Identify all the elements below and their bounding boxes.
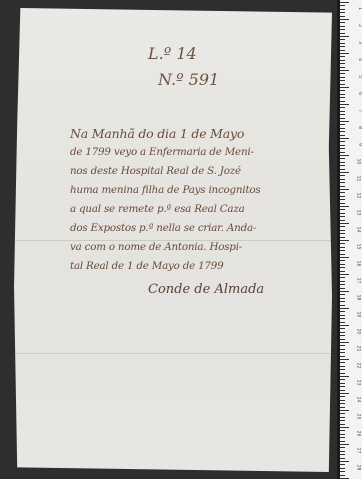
ruler-tick bbox=[340, 114, 345, 115]
ruler-tick bbox=[340, 67, 345, 68]
ruler-tick bbox=[340, 189, 349, 190]
ruler-tick bbox=[340, 22, 345, 23]
ruler-tick bbox=[340, 441, 345, 442]
ruler-tick bbox=[340, 291, 349, 292]
ruler-tick bbox=[340, 471, 345, 472]
ruler-tick bbox=[340, 257, 349, 258]
ruler-tick bbox=[340, 393, 349, 394]
ruler-label: 18 bbox=[356, 295, 361, 301]
text-line: de 1799 veyo a Enfermaria de Meni- bbox=[70, 143, 320, 162]
ruler-label: 17 bbox=[356, 278, 361, 284]
ruler-label: 12 bbox=[356, 193, 361, 199]
ruler-label: 27 bbox=[356, 448, 361, 454]
ruler-tick bbox=[340, 315, 345, 316]
ruler-tick bbox=[340, 203, 345, 204]
ruler-tick bbox=[340, 342, 349, 343]
ruler-label: 4 bbox=[357, 58, 362, 61]
ruler-tick bbox=[340, 199, 345, 200]
ruler-tick bbox=[340, 407, 345, 408]
ruler-tick bbox=[340, 328, 345, 329]
ruler-tick bbox=[340, 43, 345, 44]
ruler-tick bbox=[340, 87, 349, 88]
ruler-tick bbox=[340, 60, 345, 61]
ruler-tick bbox=[340, 206, 349, 207]
ruler-tick bbox=[340, 362, 345, 363]
ruler-tick bbox=[340, 386, 345, 387]
ruler-tick bbox=[340, 373, 345, 374]
ruler-tick bbox=[340, 97, 345, 98]
ruler-tick bbox=[340, 179, 345, 180]
ruler-label: 16 bbox=[356, 261, 361, 267]
ruler-tick bbox=[340, 301, 345, 302]
ruler-tick bbox=[340, 50, 345, 51]
ruler-tick bbox=[340, 33, 345, 34]
ruler-label: 20 bbox=[356, 329, 361, 335]
ruler-tick bbox=[340, 250, 345, 251]
text-line: huma menina filha de Pays incognitos bbox=[70, 181, 320, 200]
ruler-tick bbox=[340, 369, 345, 370]
ruler-tick bbox=[340, 39, 345, 40]
ruler-tick bbox=[340, 145, 345, 146]
ruler-tick bbox=[340, 281, 345, 282]
ruler-tick bbox=[340, 420, 345, 421]
ruler-tick bbox=[340, 451, 345, 452]
ruler-tick bbox=[340, 121, 349, 122]
ruler-tick bbox=[340, 220, 345, 221]
ruler-label: 7 bbox=[357, 109, 362, 112]
ruler-tick bbox=[340, 325, 349, 326]
ruler-tick bbox=[340, 243, 345, 244]
ruler-tick bbox=[340, 444, 349, 445]
ruler-tick bbox=[340, 410, 349, 411]
ruler-label: 3 bbox=[357, 41, 362, 44]
fold-line bbox=[14, 353, 332, 354]
ruler-tick bbox=[340, 260, 345, 261]
ruler-label: 21 bbox=[356, 346, 361, 352]
ruler-tick bbox=[340, 226, 345, 227]
ruler-tick bbox=[340, 111, 345, 112]
ruler-tick bbox=[340, 165, 345, 166]
ruler-tick bbox=[340, 237, 345, 238]
ruler-label: 28 bbox=[356, 465, 361, 471]
ruler-label: 15 bbox=[356, 244, 361, 250]
ruler-tick bbox=[340, 36, 349, 37]
ruler-tick bbox=[340, 118, 345, 119]
ruler-tick bbox=[340, 182, 345, 183]
ruler-tick bbox=[340, 240, 349, 241]
text-line: a qual se remete p.ª esa Real Caza bbox=[70, 200, 320, 219]
ruler-tick bbox=[340, 417, 345, 418]
ruler-tick bbox=[340, 9, 345, 10]
ruler-tick bbox=[340, 454, 345, 455]
ruler-tick bbox=[340, 294, 345, 295]
ruler-tick bbox=[340, 148, 345, 149]
ruler-tick bbox=[340, 464, 345, 465]
ruler-tick bbox=[340, 437, 345, 438]
ruler-tick bbox=[340, 271, 345, 272]
ruler-tick bbox=[340, 158, 345, 159]
ruler-label: 5 bbox=[357, 75, 362, 78]
ruler-tick bbox=[340, 169, 345, 170]
ruler-tick bbox=[340, 396, 345, 397]
ruler-tick bbox=[340, 138, 349, 139]
ruler-tick bbox=[340, 16, 345, 17]
ruler-label: 19 bbox=[356, 312, 361, 318]
ruler-label: 25 bbox=[356, 414, 361, 420]
ruler-tick bbox=[340, 107, 345, 108]
ruler-tick bbox=[340, 12, 345, 13]
ruler-tick bbox=[340, 284, 345, 285]
ruler-tick bbox=[340, 155, 349, 156]
ruler-label: 22 bbox=[356, 363, 361, 369]
ruler-tick bbox=[340, 152, 345, 153]
ruler-tick bbox=[340, 128, 345, 129]
ruler-tick bbox=[340, 196, 345, 197]
text-line: Na Manhã do dia 1 de Mayo bbox=[70, 124, 320, 143]
ruler-label: 10 bbox=[356, 159, 361, 165]
ruler-tick bbox=[340, 80, 345, 81]
ruler-tick bbox=[340, 356, 345, 357]
ruler-tick bbox=[340, 53, 349, 54]
archive-reference-number: N.º 591 bbox=[158, 70, 219, 89]
ruler-tick bbox=[340, 141, 345, 142]
signature: Conde de Almada bbox=[148, 282, 264, 297]
ruler-tick bbox=[340, 124, 345, 125]
ruler-label: 1 bbox=[357, 7, 362, 10]
ruler-tick bbox=[340, 46, 345, 47]
ruler-tick bbox=[340, 254, 345, 255]
ruler-label: 13 bbox=[356, 210, 361, 216]
ruler-tick bbox=[340, 305, 345, 306]
ruler-label: 23 bbox=[356, 380, 361, 386]
ruler-tick bbox=[340, 209, 345, 210]
ruler-tick bbox=[340, 230, 345, 231]
ruler-tick bbox=[340, 359, 349, 360]
ruler-tick bbox=[340, 461, 349, 462]
ruler-label: 8 bbox=[357, 126, 362, 129]
ruler-tick bbox=[340, 77, 345, 78]
ruler-tick bbox=[340, 288, 345, 289]
ruler-tick bbox=[340, 308, 349, 309]
ruler-tick bbox=[340, 311, 345, 312]
ruler-tick bbox=[340, 247, 345, 248]
ruler-tick bbox=[340, 101, 345, 102]
ruler-tick bbox=[340, 223, 349, 224]
ruler-label: 2 bbox=[357, 24, 362, 27]
ruler-tick bbox=[340, 352, 345, 353]
ruler-tick bbox=[340, 73, 345, 74]
text-line: tal Real de 1 de Mayo de 1799 bbox=[70, 257, 320, 276]
ruler-label: 14 bbox=[356, 227, 361, 233]
ruler-tick bbox=[340, 274, 349, 275]
text-line: dos Expostos p.ª nella se criar. Anda- bbox=[70, 219, 320, 238]
ruler-tick bbox=[340, 162, 345, 163]
ruler-tick bbox=[340, 29, 345, 30]
ruler-label: 9 bbox=[357, 143, 362, 146]
ruler-tick bbox=[340, 468, 345, 469]
ruler-tick bbox=[340, 172, 349, 173]
ruler-label: 24 bbox=[356, 397, 361, 403]
ruler-tick bbox=[340, 277, 345, 278]
ruler-tick bbox=[340, 5, 345, 6]
ruler-tick bbox=[340, 2, 349, 3]
ruler-tick bbox=[340, 213, 345, 214]
ruler-tick bbox=[340, 135, 345, 136]
ruler-tick bbox=[340, 400, 345, 401]
ruler-tick bbox=[340, 267, 345, 268]
ruler-label: 6 bbox=[357, 92, 362, 95]
ruler-tick bbox=[340, 90, 345, 91]
ruler-tick bbox=[340, 434, 345, 435]
ruler-tick bbox=[340, 413, 345, 414]
ruler-tick bbox=[340, 345, 345, 346]
ruler-tick bbox=[340, 430, 345, 431]
ruler-tick bbox=[340, 131, 345, 132]
ruler-tick bbox=[340, 427, 349, 428]
ruler-tick bbox=[340, 366, 345, 367]
ruler-tick bbox=[340, 19, 349, 20]
ruler-tick bbox=[340, 192, 345, 193]
ruler-tick bbox=[340, 233, 345, 234]
ruler-tick bbox=[340, 322, 345, 323]
ruler-tick bbox=[340, 94, 345, 95]
ruler-tick bbox=[340, 84, 345, 85]
ruler-tick bbox=[340, 403, 345, 404]
ruler-tick bbox=[340, 349, 345, 350]
ruler-tick bbox=[340, 447, 345, 448]
ruler-tick bbox=[340, 70, 349, 71]
ruler-label: 11 bbox=[356, 176, 361, 182]
text-line: nos deste Hospital Real de S. Jozé bbox=[70, 162, 320, 181]
text-line: va com o nome de Antonia. Hospi- bbox=[70, 238, 320, 257]
ruler-tick bbox=[340, 424, 345, 425]
ruler-tick bbox=[340, 383, 345, 384]
ruler-tick bbox=[340, 26, 345, 27]
ruler-tick bbox=[340, 458, 345, 459]
ruler-tick bbox=[340, 332, 345, 333]
ruler-tick bbox=[340, 318, 345, 319]
ruler-tick bbox=[340, 175, 345, 176]
ruler-tick bbox=[340, 390, 345, 391]
ruler-tick bbox=[340, 335, 345, 336]
ruler-tick bbox=[340, 104, 349, 105]
manuscript-body: Na Manhã do dia 1 de Mayo de 1799 veyo a… bbox=[70, 124, 320, 276]
ruler-tick bbox=[340, 56, 345, 57]
ruler-tick bbox=[340, 264, 345, 265]
ruler-tick bbox=[340, 379, 345, 380]
ruler-tick bbox=[340, 186, 345, 187]
ruler-tick bbox=[340, 376, 349, 377]
ruler-tick bbox=[340, 216, 345, 217]
ruler-tick bbox=[340, 339, 345, 340]
ruler-tick bbox=[340, 298, 345, 299]
archive-reference-book: L.º 14 bbox=[148, 44, 197, 63]
ruler-label: 26 bbox=[356, 431, 361, 437]
ruler-tick bbox=[340, 475, 345, 476]
ruler-tick bbox=[340, 63, 345, 64]
measurement-ruler: 1234567891011121314151617181920212223242… bbox=[337, 0, 362, 479]
